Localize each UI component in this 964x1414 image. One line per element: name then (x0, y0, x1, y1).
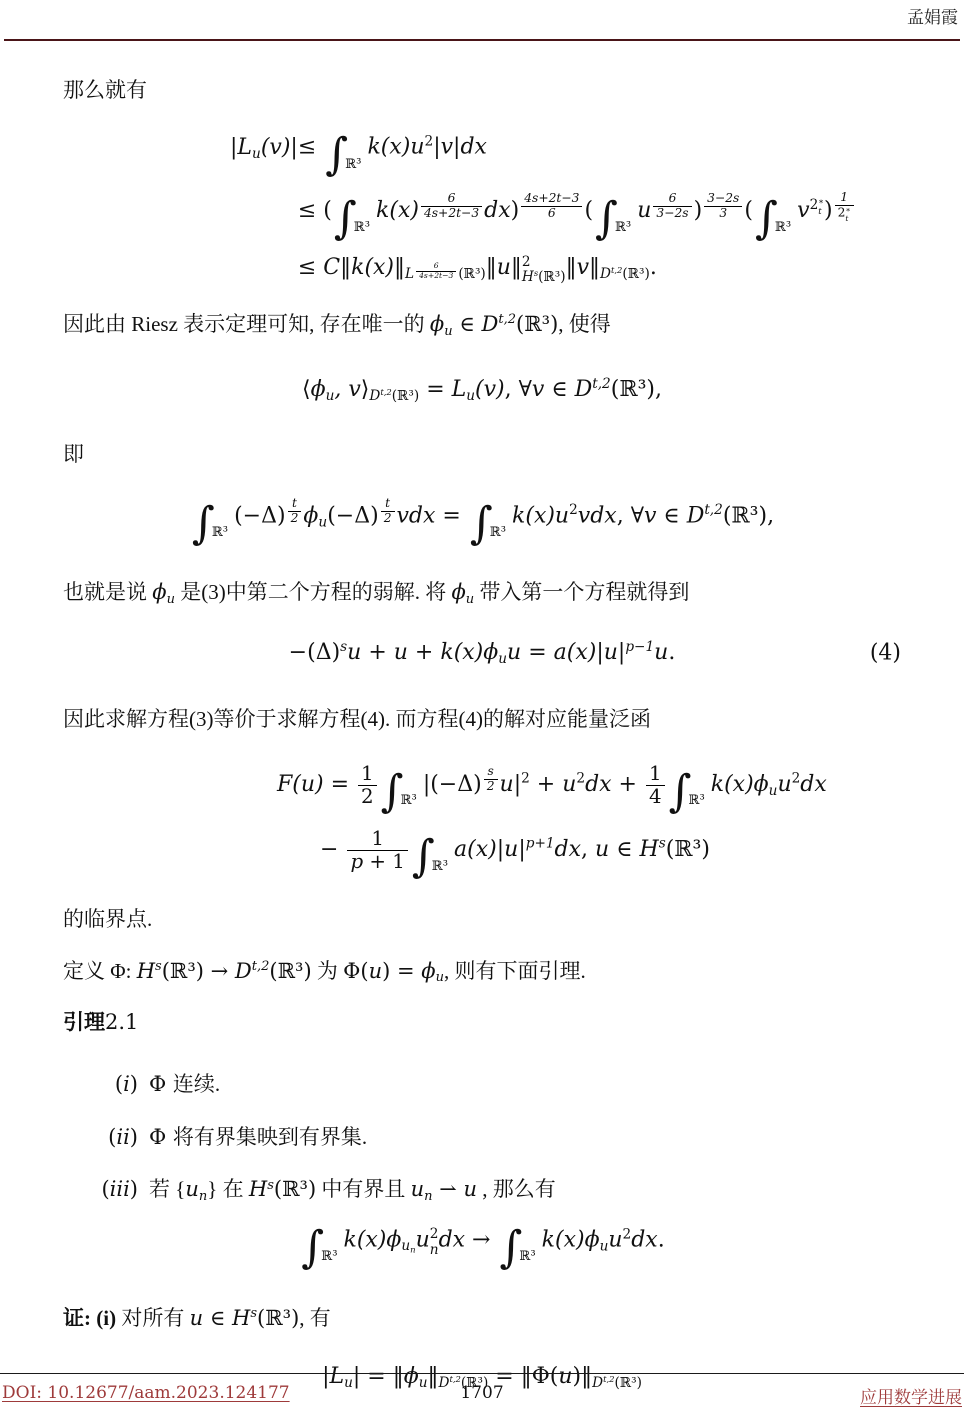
paragraph-critical-point: 的临界点. (63, 904, 901, 934)
item-body-i: Φ 连续. (149, 1069, 220, 1099)
journal-link[interactable]: 应用数学进展 (860, 1383, 962, 1408)
display-equation-inner-product: ⟨ϕu, v⟩Dt,2(ℝ³) = Lu(v), ∀v ∈ Dt,2(ℝ³), (63, 370, 901, 409)
paragraph-define-phi: 定义 Φ: Hs(ℝ³) → Dt,2(ℝ³) 为 Φ(u) = ϕu, 则有下… (63, 956, 901, 986)
paper-page: 孟娟霞 那么就有 |Lu(v)| ≤ ∫ℝ³k(x)u2|v|dx ≤ (∫ℝ³… (0, 0, 964, 1414)
item-body-ii: Φ 将有界集映到有界集. (149, 1122, 367, 1152)
display-equation-4: −(Δ)su + u + k(x)ϕuu = a(x)|u|p−1u. (4) (63, 633, 901, 672)
proof-paragraph: 证: (i) 对所有 u ∈ Hs(ℝ³), 有 (63, 1303, 901, 1333)
lemma-item-ii: (ii) Φ 将有界集映到有界集. (63, 1122, 901, 1152)
paragraph-equivalence: 因此求解方程(3)等价于求解方程(4). 而方程(4)的解对应能量泛函 (63, 704, 901, 734)
paragraph-intro: 那么就有 (63, 75, 901, 105)
running-head-author: 孟娟霞 (4, 6, 960, 30)
paragraph-namely: 即 (63, 439, 901, 469)
page-body: 那么就有 |Lu(v)| ≤ ∫ℝ³k(x)u2|v|dx ≤ (∫ℝ³k(x)… (0, 75, 964, 1396)
item-label-i: (i) (63, 1069, 138, 1099)
display-equation-weak-form: ∫ℝ³(−Δ)t2ϕu(−Δ)t2vdx = ∫ℝ³k(x)u2vdx, ∀v … (63, 490, 901, 553)
item-label-iii: (iii) (63, 1174, 138, 1204)
equation-4-tag: (4) (870, 640, 901, 665)
equation-line-2: ≤ (∫ℝ³k(x)64s+2t−3dx)4s+2t−36(∫ℝ³u63−2s)… (298, 184, 856, 247)
header-rule (4, 39, 960, 41)
lemma-item-i: (i) Φ 连续. (63, 1069, 901, 1099)
lemma-item-iii: (iii) 若 {un} 在 Hs(ℝ³) 中有界且 un ⇀ u , 那么有 (63, 1174, 901, 1204)
equation-line-3: ≤ C‖k(x)‖L64s+2t−3(ℝ³)‖u‖2Hs(ℝ³)‖v‖Dt,2(… (298, 248, 856, 293)
page-header: 孟娟霞 (0, 0, 964, 41)
display-equation-estimate-chain: |Lu(v)| ≤ ∫ℝ³k(x)u2|v|dx ≤ (∫ℝ³k(x)64s+2… (230, 126, 901, 293)
doi-link[interactable]: DOI: 10.12677/aam.2023.124177 (2, 1383, 290, 1403)
energy-functional-line-2: − 1p + 1∫ℝ³a(x)|u|p+1dx, u ∈ Hs(ℝ³) (63, 821, 901, 886)
display-equation-energy-functional: F(u) = 12∫ℝ³|(−Δ)s2u|2 + u2dx + 14∫ℝ³k(x… (63, 756, 901, 887)
page-footer: DOI: 10.12677/aam.2023.124177 1707 应用数学进… (0, 1373, 964, 1414)
energy-functional-line-1: F(u) = 12∫ℝ³|(−Δ)s2u|2 + u2dx + 14∫ℝ³k(x… (63, 756, 901, 821)
item-body-iii: 若 {un} 在 Hs(ℝ³) 中有界且 un ⇀ u , 那么有 (149, 1174, 556, 1204)
equation-4-body: −(Δ)su + u + k(x)ϕuu = a(x)|u|p−1u. (289, 640, 676, 665)
paragraph-riesz: 因此由 Riesz 表示定理可知, 存在唯一的 ϕu ∈ Dt,2(ℝ³), 使… (63, 309, 901, 339)
paragraph-weak-solution: 也就是说 ϕu 是(3)中第二个方程的弱解. 将 ϕu 带入第一个方程就得到 (63, 577, 901, 607)
display-equation-convergence: ∫ℝ³k(x)ϕunu2ndx → ∫ℝ³k(x)ϕuu2dx. (63, 1219, 901, 1277)
equation-line-1: ≤ ∫ℝ³k(x)u2|v|dx (298, 126, 856, 184)
item-label-ii: (ii) (63, 1122, 138, 1152)
equation-lhs: |Lu(v)| (230, 128, 298, 167)
lemma-heading: 引理2.1 (63, 1007, 901, 1037)
page-number: 1707 (460, 1383, 503, 1403)
